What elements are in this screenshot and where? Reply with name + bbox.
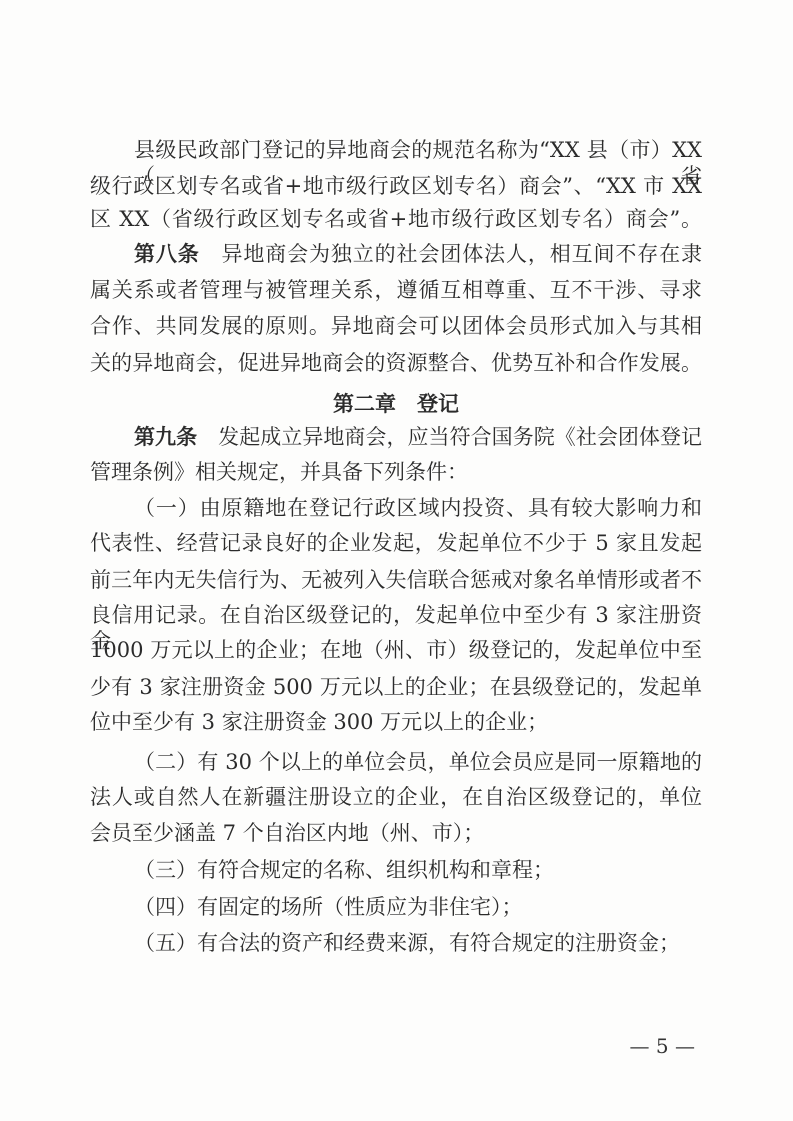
condition-1-line: 位中至少有 3 家注册资金 300 万元以上的企业； [90,709,702,735]
condition-4-line: （四）有固定的场所（性质应为非住宅）； [134,894,702,920]
article-8-text: 异地商会为独立的社会团体法人，相互间不存在隶 [200,242,702,266]
article-8-line: 属关系或者管理与被管理关系，遵循互相尊重、互不干涉、寻求 [90,277,702,303]
article-8-line: 关的异地商会，促进异地商会的资源整合、优势互补和合作发展。 [90,350,702,376]
condition-2-line: （二）有 30 个以上的单位会员，单位会员应是同一原籍地的 [134,749,702,775]
condition-1-line: 前三年内无失信行为、无被列入失信联合惩戒对象名单情形或者不 [90,567,702,593]
condition-1-line: 少有 3 家注册资金 500 万元以上的企业；在县级登记的，发起单 [90,674,702,700]
article-9-first-line: 第九条 发起成立异地商会，应当符合国务院《社会团体登记 [134,424,702,450]
article-8-line: 合作、共同发展的原则。异地商会可以团体会员形式加入与其相 [90,313,702,339]
condition-1-line: （一）由原籍地在登记行政区域内投资、具有较大影响力和 [134,495,702,521]
paragraph-line: 区 XX（省级行政区划专名或省+地市级行政区划专名）商会”。 [90,206,702,232]
article-8-first-line: 第八条 异地商会为独立的社会团体法人，相互间不存在隶 [134,241,702,267]
page-number: — 5 — [600,1033,695,1059]
article-9-label: 第九条 [134,425,197,449]
paragraph-line: 县级民政部门登记的异地商会的规范名称为“XX 县（市）XX（省 [134,137,702,163]
condition-1-line: 代表性、经营记录良好的企业发起，发起单位不少于 5 家且发起 [90,530,702,556]
document-page: 县级民政部门登记的异地商会的规范名称为“XX 县（市）XX（省 级行政区划专名或… [0,0,793,1121]
paragraph-line: 级行政区划专名或省+地市级行政区划专名）商会”、“XX 市 XX [90,173,702,199]
condition-5-line: （五）有合法的资产和经费来源，有符合规定的注册资金； [134,930,702,956]
article-9-text: 发起成立异地商会，应当符合国务院《社会团体登记 [197,425,702,449]
condition-2-line: 法人或自然人在新疆注册设立的企业，在自治区级登记的，单位 [90,784,702,810]
chapter-heading: 第二章 登记 [90,390,702,418]
condition-1-line: 1000 万元以上的企业；在地（州、市）级登记的，发起单位中至 [90,637,702,663]
condition-3-line: （三）有符合规定的名称、组织机构和章程； [134,857,702,883]
condition-2-line: 会员至少涵盖 7 个自治区内地（州、市）； [90,820,702,846]
condition-1-line: 良信用记录。在自治区级登记的，发起单位中至少有 3 家注册资金 [90,602,702,628]
article-8-label: 第八条 [134,242,200,266]
article-9-line: 管理条例》相关规定，并具备下列条件： [90,459,702,485]
